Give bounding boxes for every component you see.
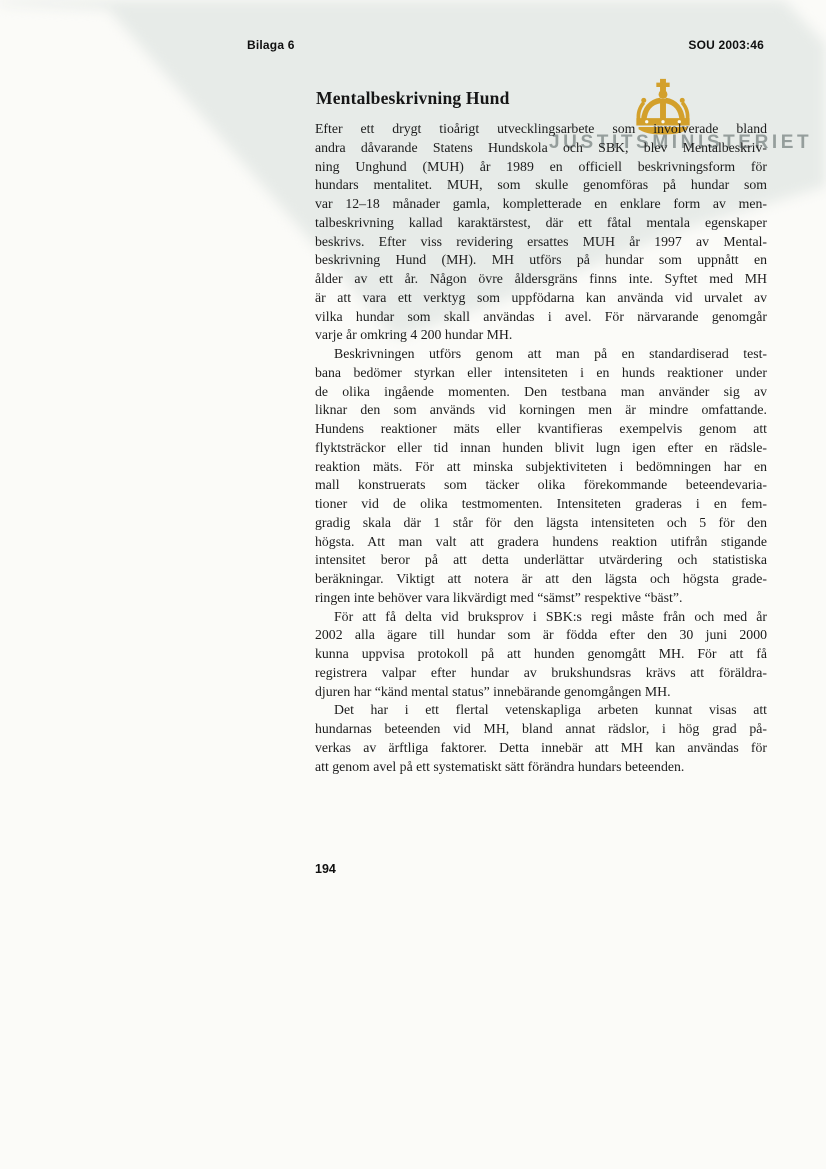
text-line: varje år omkring 4 200 hundar MH.	[315, 326, 767, 345]
header-appendix-label: Bilaga 6	[247, 38, 295, 52]
text-line: beräkningar. Viktigt att notera är att d…	[315, 570, 767, 589]
paragraph: Beskrivningen utförs genom att man på en…	[315, 345, 767, 608]
text-line: Beskrivningen utförs genom att man på en…	[315, 345, 767, 364]
text-line: högsta. Att man valt att gradera hundens…	[315, 533, 767, 552]
text-line: Hundens reaktioner mäts eller kvantifier…	[315, 420, 767, 439]
paragraph: Efter ett drygt tioårigt utvecklingsarbe…	[315, 120, 767, 345]
text-line: ringen inte behöver vara likvärdigt med …	[315, 589, 767, 608]
text-line: hundars mentalitet. MUH, som skulle geno…	[315, 176, 767, 195]
text-line: beskrivs. Efter viss revidering ersattes…	[315, 233, 767, 252]
body-text: Efter ett drygt tioårigt utvecklingsarbe…	[315, 120, 767, 776]
header-report-number: SOU 2003:46	[688, 38, 764, 52]
text-line: tioner vid de olika testmomenten. Intens…	[315, 495, 767, 514]
text-line: ning Unghund (MUH) år 1989 en officiell …	[315, 158, 767, 177]
text-line: andra dåvarande Statens Hundskola och SB…	[315, 139, 767, 158]
text-line: att genom avel på ett systematiskt sätt …	[315, 758, 767, 777]
text-line: mall konstruerats som täcker olika förek…	[315, 476, 767, 495]
paragraph: Det har i ett flertal vetenskapliga arbe…	[315, 701, 767, 776]
text-line: bana bedömer styrkan eller intensiteten …	[315, 364, 767, 383]
text-line: beskrivning Hund (MH). MH utförs på hund…	[315, 251, 767, 270]
text-line: Efter ett drygt tioårigt utvecklingsarbe…	[315, 120, 767, 139]
text-line: 2002 alla ägare till hundar som är födda…	[315, 626, 767, 645]
text-line: liknar den som används vid korningen men…	[315, 401, 767, 420]
text-line: de olika ingående momenten. Den testbana…	[315, 383, 767, 402]
text-line: registrera valpar efter hundar av bruksh…	[315, 664, 767, 683]
text-line: djuren har “känd mental status” innebära…	[315, 683, 767, 702]
text-line: kunna uppvisa protokoll på att hunden ge…	[315, 645, 767, 664]
text-line: Det har i ett flertal vetenskapliga arbe…	[315, 701, 767, 720]
text-line: vilka hundar som skall användas i avel. …	[315, 308, 767, 327]
text-line: reaktion mäts. För att minska subjektivi…	[315, 458, 767, 477]
text-line: ålder av ett år. Någon övre åldersgräns …	[315, 270, 767, 289]
text-line: gradig skala där 1 står för den lägsta i…	[315, 514, 767, 533]
text-line: talbeskrivning kallad karaktärstest, där…	[315, 214, 767, 233]
text-line: är att vara ett verktyg som uppfödarna k…	[315, 289, 767, 308]
text-line: intensitet beror på att detta underlätta…	[315, 551, 767, 570]
text-line: verkas av ärftliga faktorer. Detta inneb…	[315, 739, 767, 758]
scanned-document-page: Bilaga 6 SOU 2003:46 JUSTITSMINISTERIET …	[0, 0, 826, 1169]
paragraph: För att få delta vid bruksprov i SBK:s r…	[315, 608, 767, 702]
text-line: var 12–18 månader gamla, kompletterade e…	[315, 195, 767, 214]
text-line: hundarnas beteenden vid MH, bland annat …	[315, 720, 767, 739]
text-line: flyktsträckor eller tid innan hunden bli…	[315, 439, 767, 458]
page-title: Mentalbeskrivning Hund	[316, 88, 510, 109]
page-number: 194	[315, 862, 336, 876]
text-line: För att få delta vid bruksprov i SBK:s r…	[315, 608, 767, 627]
